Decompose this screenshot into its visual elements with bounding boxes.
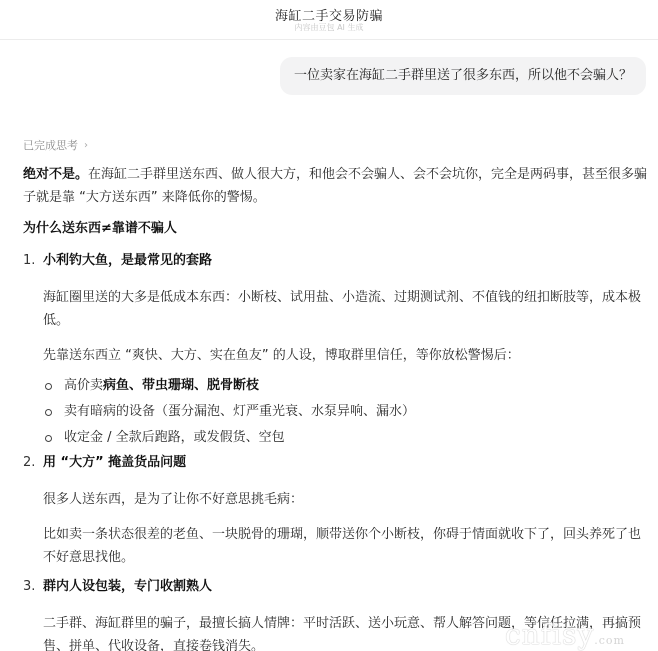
chevron-right-icon: ›: [84, 140, 88, 151]
user-message-bubble: 一位卖家在海缸二手群里送了很多东西，所以他不会骗人？: [280, 57, 646, 95]
section-title: 3. 群内人设包装，专门收割熟人: [23, 575, 648, 598]
chat-header: 海缸二手交易防骗 内容由豆包 AI 生成: [0, 0, 658, 40]
section-paragraph: 很多人送东西，是为了让你不好意思挑毛病：: [43, 488, 648, 511]
section-number: 3.: [23, 575, 35, 598]
section-title: 2. 用 “大方” 掩盖货品问题: [23, 451, 648, 474]
answer-intro: 绝对不是。在海缸二手群里送东西、做人很大方，和他会不会骗人、会不会坑你，完全是两…: [23, 163, 648, 209]
bullet-list: 高价卖病鱼、带虫珊瑚、脱骨断枝 卖有暗病的设备（蛋分漏泡、灯严重光衰、水泵异响、…: [43, 373, 648, 451]
section-title-text: 群内人设包装，专门收割熟人: [43, 579, 212, 594]
site-watermark: cnfisy.com: [505, 618, 625, 651]
section-paragraph: 比如卖一条状态很差的老鱼、一块脱骨的珊瑚，顺带送你个小断枝，你碍于情面就收下了，…: [43, 523, 648, 569]
list-item: 高价卖病鱼、带虫珊瑚、脱骨断枝: [43, 373, 648, 399]
section-title-text: 小利钓大鱼，是最常见的套路: [43, 253, 212, 268]
section-paragraph: 海缸圈里送的大多是低成本东西：小断枝、试用盐、小造流、过期测试剂、不值钱的纽扣断…: [43, 286, 648, 332]
hollow-bullet-icon: [45, 383, 52, 390]
why-heading: 为什么送东西≠靠谱不骗人: [23, 217, 648, 240]
section-1: 1. 小利钓大鱼，是最常见的套路 海缸圈里送的大多是低成本东西：小断枝、试用盐、…: [23, 249, 648, 451]
list-item: 收定金 / 全款后跑路，或发假货、空包: [43, 425, 648, 451]
hollow-bullet-icon: [45, 409, 52, 416]
intro-bold: 绝对不是。: [23, 167, 88, 182]
assistant-answer: 绝对不是。在海缸二手群里送东西、做人很大方，和他会不会骗人、会不会坑你，完全是两…: [23, 163, 648, 651]
thinking-label: 已完成思考: [23, 137, 78, 153]
section-number: 2.: [23, 451, 35, 474]
thinking-toggle[interactable]: 已完成思考 ›: [23, 137, 88, 153]
section-paragraph: 先靠送东西立 “爽快、大方、实在鱼友” 的人设，博取群里信任，等你放松警惕后：: [43, 344, 648, 367]
list-item: 卖有暗病的设备（蛋分漏泡、灯严重光衰、水泵异响、漏水）: [43, 399, 648, 425]
section-number: 1.: [23, 249, 35, 272]
ai-generated-notice: 内容由豆包 AI 生成: [0, 22, 658, 33]
section-2: 2. 用 “大方” 掩盖货品问题 很多人送东西，是为了让你不好意思挑毛病： 比如…: [23, 451, 648, 569]
section-title: 1. 小利钓大鱼，是最常见的套路: [23, 249, 648, 272]
intro-text: 在海缸二手群里送东西、做人很大方，和他会不会骗人、会不会坑你，完全是两码事，甚至…: [23, 167, 647, 205]
section-title-text: 用 “大方” 掩盖货品问题: [43, 455, 186, 470]
hollow-bullet-icon: [45, 435, 52, 442]
